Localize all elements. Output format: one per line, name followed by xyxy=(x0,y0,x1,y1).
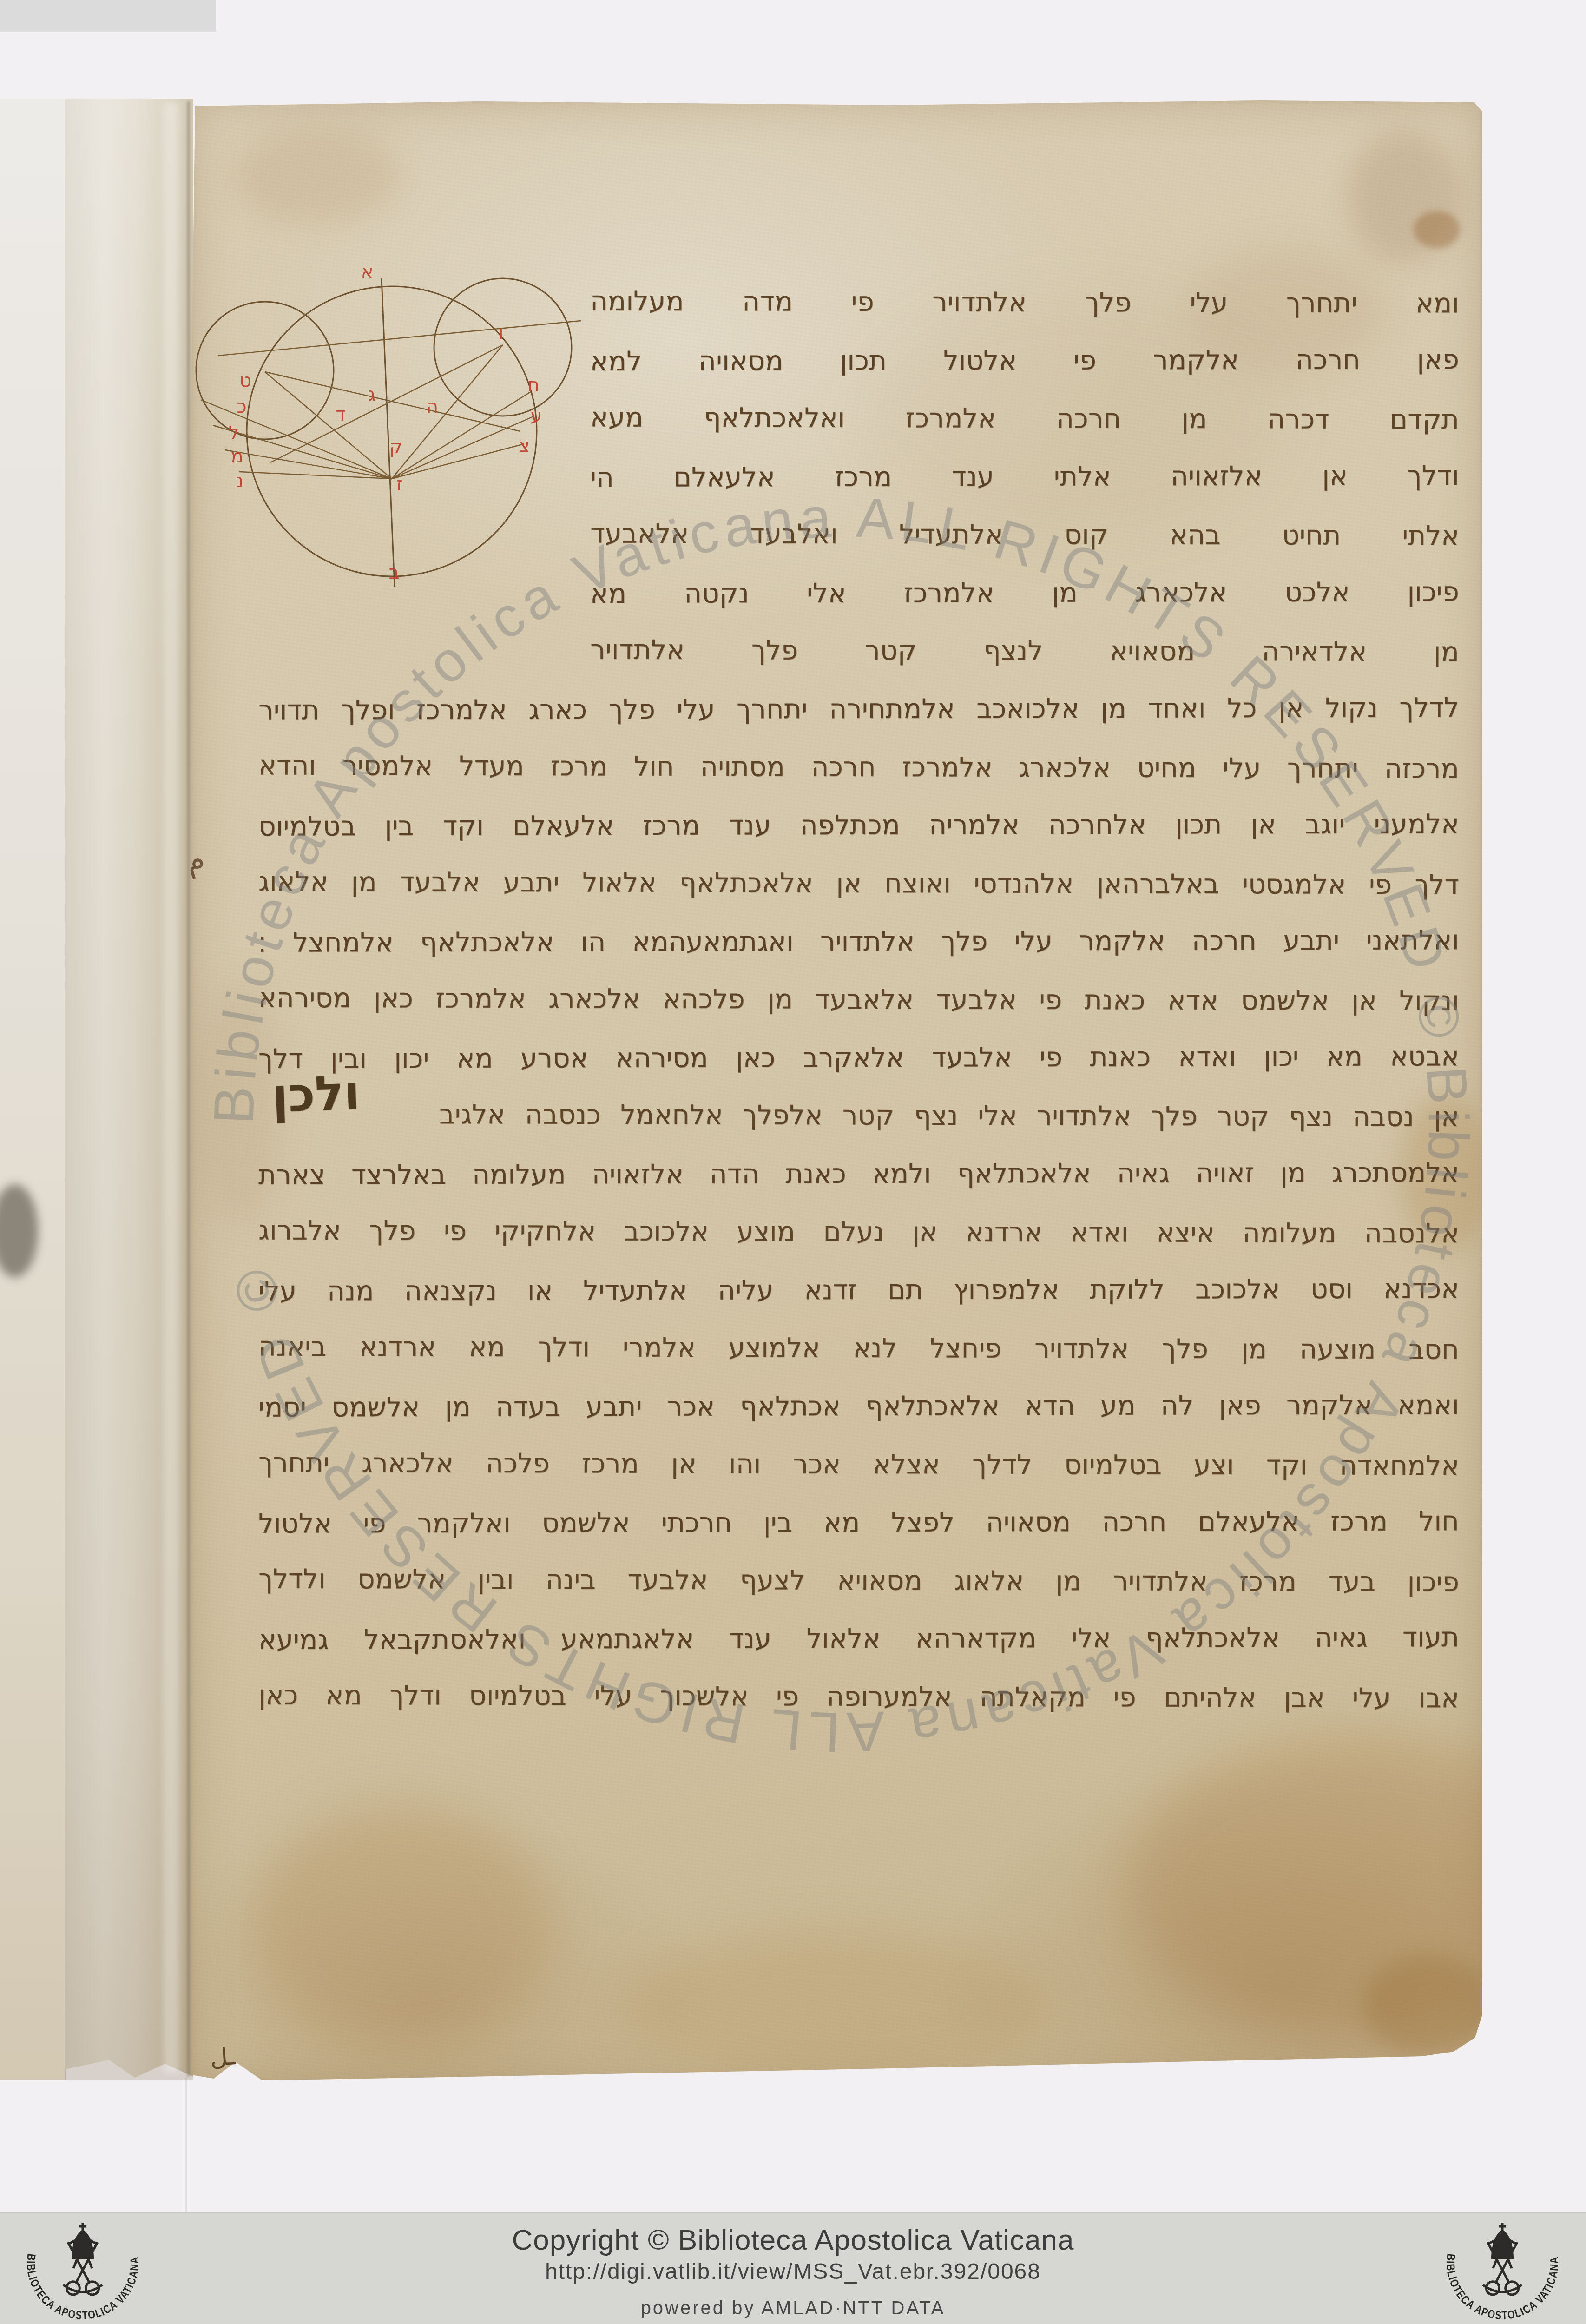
paragraph-initial-word: ולכן xyxy=(271,1065,361,1124)
logo-arc-text: BIBLIOTECA APOSTOLICA VATICANA xyxy=(1444,2253,1561,2322)
svg-text:BIBLIOTECA APOSTOLICA VATICANA: BIBLIOTECA APOSTOLICA VATICANA xyxy=(1444,2253,1561,2322)
footer-powered-by: powered by AMLAD·NTT DATA xyxy=(0,2298,1586,2319)
manuscript-line: אבו עלי אבן אלהיתם פי מקאלתה אלמערופה פי… xyxy=(258,1672,1459,1732)
manuscript-line: אכדנא וסט אלכוכב ללוקת אלמפרוץ תם זדנא ע… xyxy=(258,1265,1459,1324)
footer-copyright: Copyright © Biblioteca Apostolica Vatica… xyxy=(0,2224,1586,2257)
manuscript-line: פאן חרכה אלקמר פי אלטול תכון מסאויה למא xyxy=(590,336,1459,395)
diagram-point-label: ד xyxy=(336,404,346,425)
diagram-point-label: ו xyxy=(499,323,504,344)
manuscript-line: אלתי תחיט בהא קוס אלתעדיל ואלבעד אלאבעד xyxy=(590,510,1459,569)
manuscript-line: פיכון בעד מרכז אלתדויר מן אלאוג מסאויא ל… xyxy=(258,1556,1459,1616)
vatican-library-logo-right: BIBLIOTECA APOSTOLICA VATICANA xyxy=(1423,2214,1581,2324)
manuscript-line: אלמעני יוגב אן תכון אלחרכה אלמריה מכתלפה… xyxy=(258,800,1459,859)
footer-url: http://digi.vatlib.it/view/MSS_Vat.ebr.3… xyxy=(0,2259,1586,2284)
diagram-point-label: ע xyxy=(530,405,542,427)
manuscript-line: ומא יתחרך עלי פלך אלתדויר פי מדה מעלומה xyxy=(590,278,1459,337)
manuscript-line: חול מרכז אלעאלם חרכה מסאויה לפצל מא בין … xyxy=(258,1498,1459,1557)
diagram-point-label: נ xyxy=(236,470,243,492)
manuscript-line: מן אלדאירה מסאויא לנצף קטר פלך אלתדויר xyxy=(590,627,1459,686)
manuscript-line: אן נסבה נצף קטר פלך אלתדויר אלי נצף קטר … xyxy=(439,1091,1459,1150)
diagram-point-label: ה xyxy=(426,396,438,417)
footer-bar: Copyright © Biblioteca Apostolica Vatica… xyxy=(0,2212,1586,2324)
manuscript-line: ודלך אן אלזאויה אלתי ענד מרכז אלעאלם הי xyxy=(590,452,1459,511)
diagram-point-label: ח xyxy=(527,375,540,396)
manuscript-line: לדלך נקול אן כל ואחד מן אלכואכב אלמתחירה… xyxy=(258,684,1459,743)
diagram-point-label: ז xyxy=(396,474,403,495)
manuscript-line: ואלתאני יתבע חרכה אלקמר עלי פלך אלתדויר … xyxy=(258,917,1459,976)
manuscript-line: פיכון אלכט אלכארג מן אלמרכז אלי נקטה מא xyxy=(590,568,1459,627)
diagram-point-label: ט xyxy=(239,370,251,391)
manuscript-line: דלך פי אלמגסטי באלברהאן אלהנדסי ואוצח אן… xyxy=(258,858,1459,918)
diagram-point-label: כ xyxy=(237,396,246,417)
diagram-point-label: מ xyxy=(230,446,243,467)
diagram-point-label: ק xyxy=(389,436,402,458)
catchword-mark: ـل xyxy=(209,2042,237,2072)
manuscript-line: אלמחאדה וקד וצע בטלמיוס לדלך אצלא אכר וה… xyxy=(258,1439,1459,1499)
gutter-fold-highlight xyxy=(164,102,179,2073)
manuscript-line: אלמסתכרג מן זאויה גאיה אלאכתלאף ולמא כאנ… xyxy=(258,1149,1459,1208)
manuscript-line: תקדם דכרה מן חרכה אלמרכז ואלאכתלאף מעא xyxy=(590,394,1459,453)
svg-text:BIBLIOTECA APOSTOLICA VATICANA: BIBLIOTECA APOSTOLICA VATICANA xyxy=(24,2253,142,2322)
manuscript-line: ונקול אן אלשמס אדא כאנת פי אלבעד אלאבעד … xyxy=(258,975,1459,1035)
manuscript-line: אלנסבה מעלומה איצא ואדא ארדנא אן נעלם מו… xyxy=(258,1207,1459,1267)
logo-arc-text: BIBLIOTECA APOSTOLICA VATICANA xyxy=(24,2253,142,2322)
page-root: אגדהקזבוטכלמנחעצ ומא יתחרך עלי פלך אלתדו… xyxy=(0,0,1586,2324)
diagram-axis-line xyxy=(382,278,395,587)
diagram-point-label: צ xyxy=(519,435,530,456)
manuscript-line: אבטא מא יכון ואדא כאנת פי אלבעד אלאקרב כ… xyxy=(258,1033,1459,1092)
diagram-point-label: ג xyxy=(368,384,375,405)
manuscript-line: מרכזה יתחרך עלי מחיט אלכארג אלמרכז חרכה … xyxy=(258,742,1459,802)
left-backing-paper xyxy=(0,99,66,2080)
diagram-point-label: ל xyxy=(229,423,239,444)
epicycle-diagram: אגדהקזבוטכלמנחעצ xyxy=(186,251,595,609)
vatican-library-logo-left: BIBLIOTECA APOSTOLICA VATICANA xyxy=(4,2214,162,2324)
diagram-labels: אגדהקזבוטכלמנחעצ xyxy=(229,261,542,583)
manuscript-line: ואמא אלקמר פאן לה מע הדא אלאכתלאף אכתלאף… xyxy=(258,1381,1459,1440)
diagram-point-label: א xyxy=(361,261,374,283)
manuscript-line: תעוד גאיה אלאכתלאף אלי מקדארהא אלאול ענד… xyxy=(258,1614,1459,1673)
backing-sheet-corner xyxy=(0,0,216,32)
diagram-point-label: ב xyxy=(388,562,399,583)
backing-seam xyxy=(185,2078,187,2212)
manuscript-line: חסב מוצעה מן פלך אלתדויר פיחצל לנא אלמוצ… xyxy=(258,1323,1459,1383)
